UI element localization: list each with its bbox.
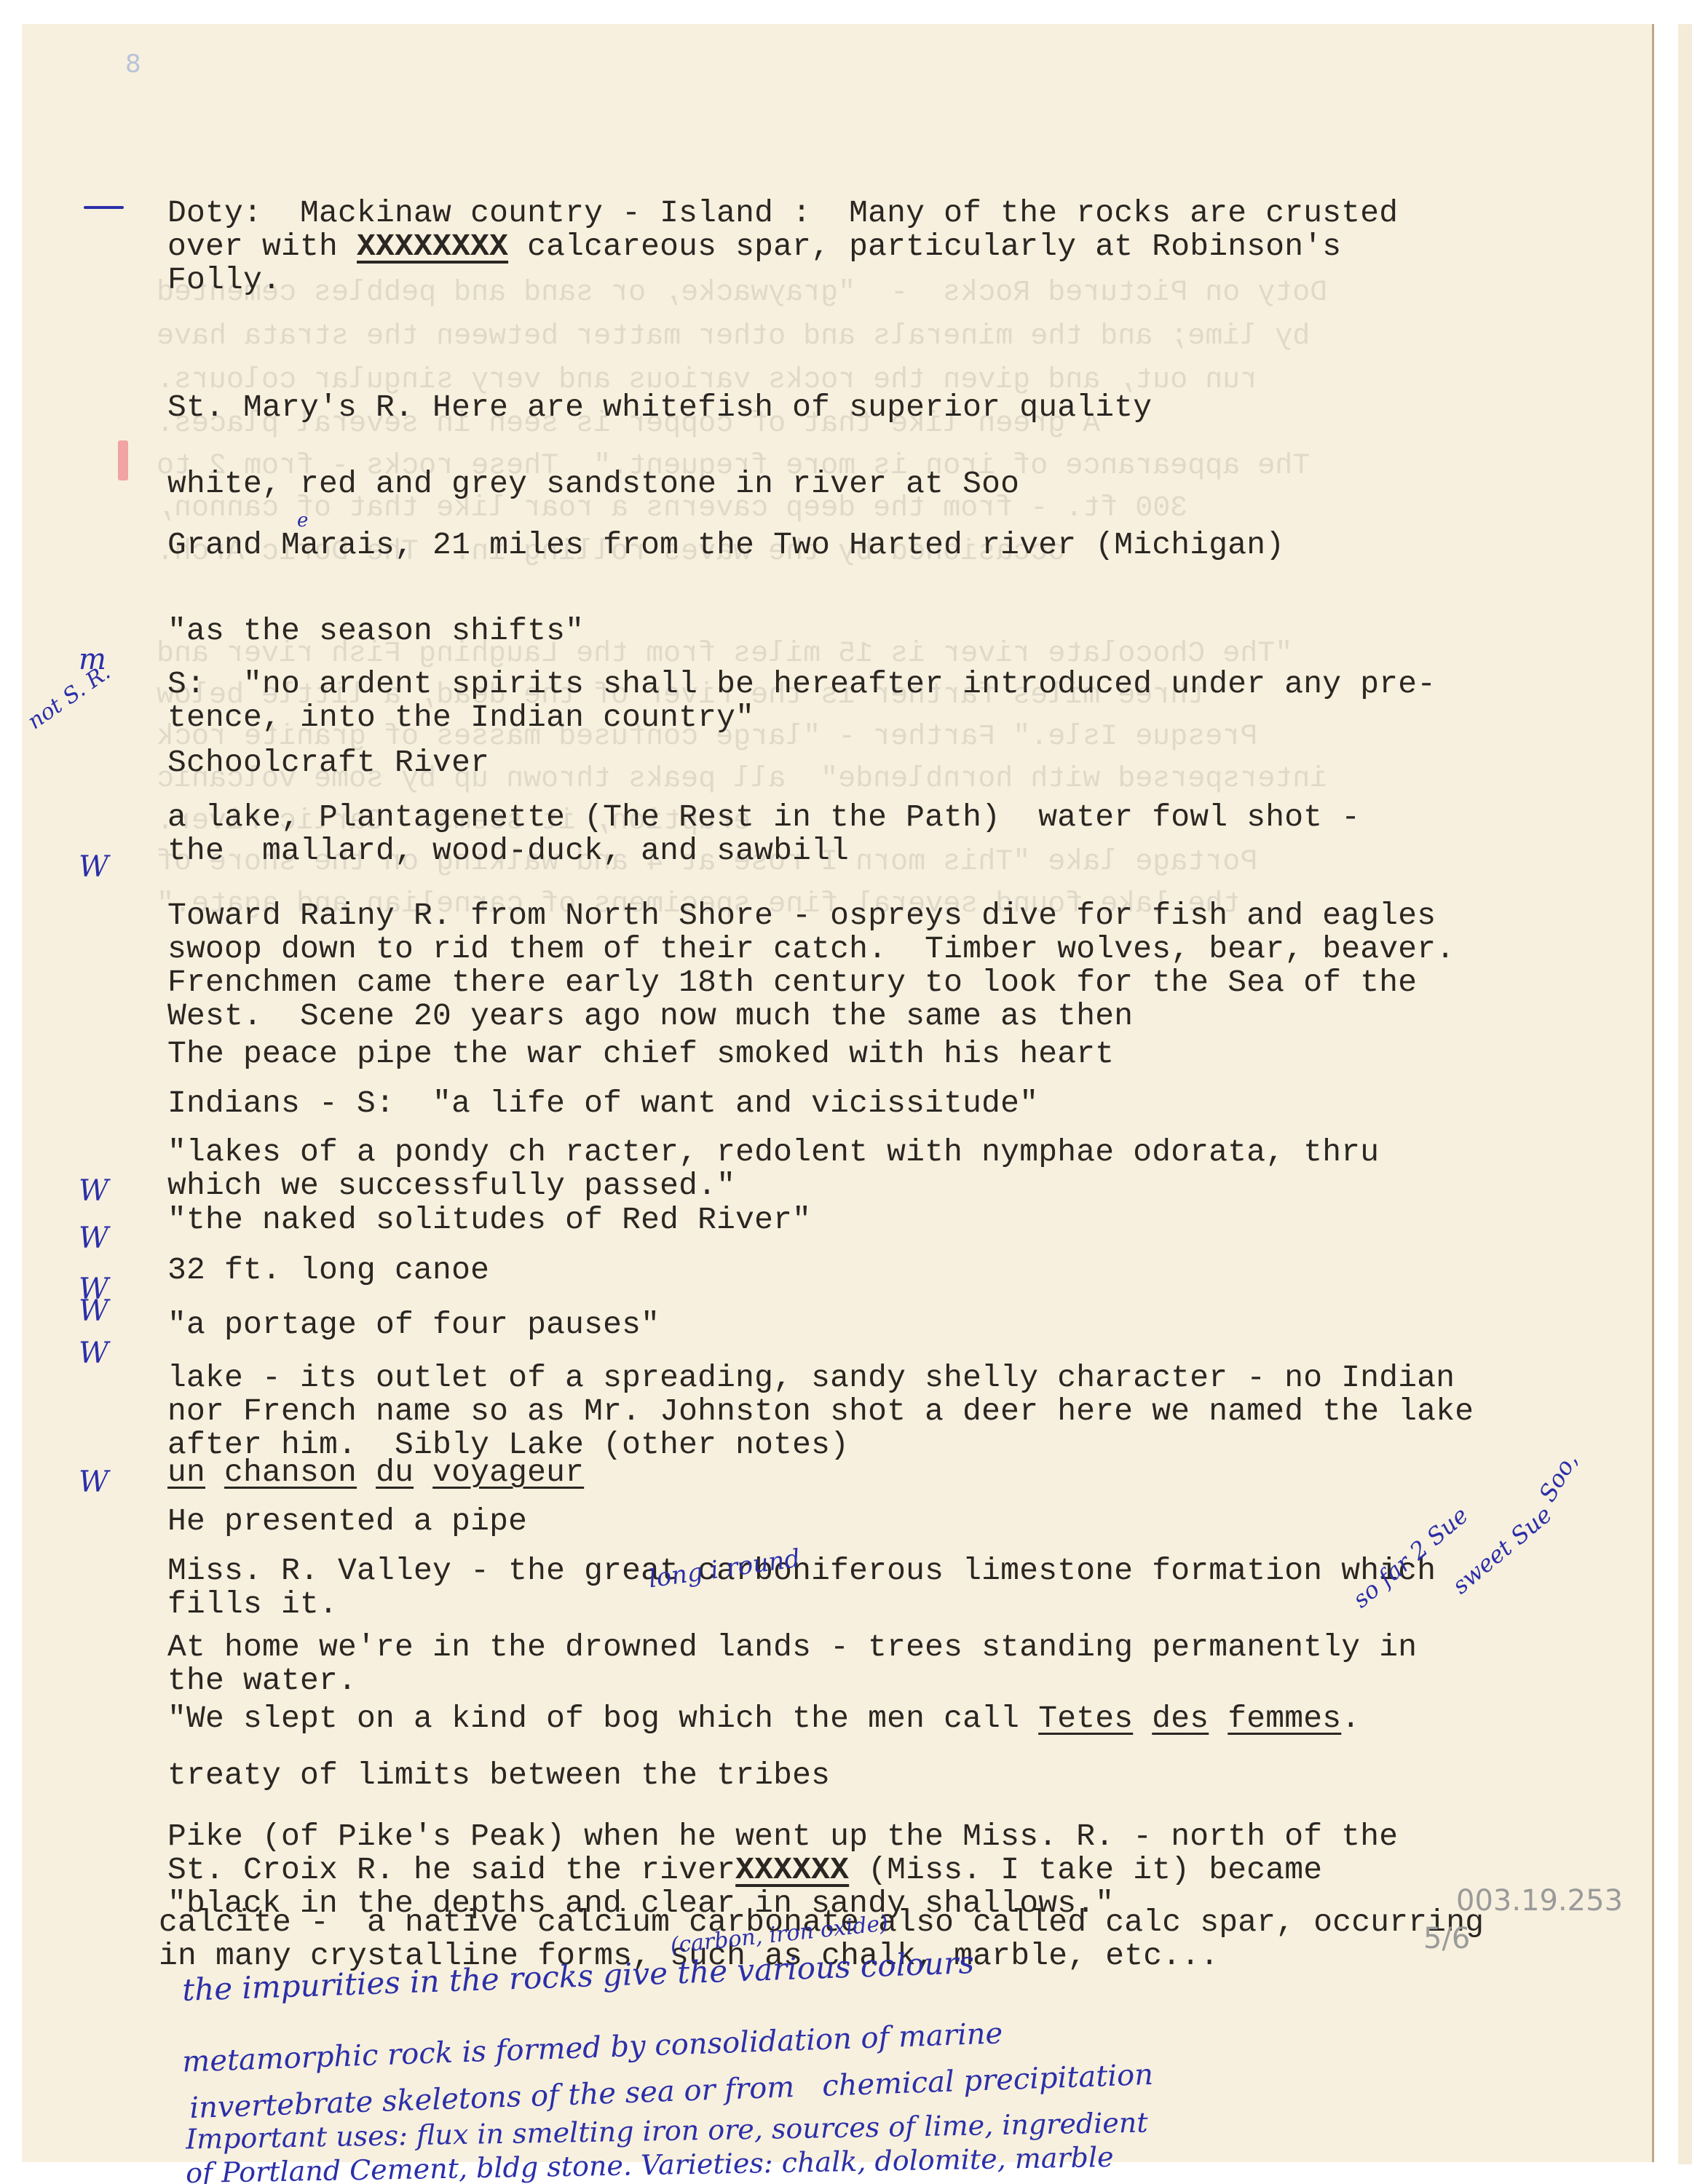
text-segment: St. Croix R. he said the river: [167, 1852, 735, 1888]
text-segment: calcareous spar, particularly at Robinso…: [508, 229, 1341, 264]
typed-line: West. Scene 20 years ago now much the sa…: [167, 1000, 1133, 1033]
adjacent-page-edge: [1678, 24, 1692, 2164]
underlined-word: Tetes: [1038, 1701, 1133, 1736]
underlined-word: des: [1152, 1701, 1209, 1736]
typed-line: S: "no ardent spirits shall be hereafter…: [167, 668, 1436, 701]
typed-line: "We slept on a kind of bog which the men…: [167, 1702, 1360, 1736]
faint-page-number: 8: [125, 50, 141, 79]
typed-line: Pike (of Pike's Peak) when he went up th…: [167, 1820, 1398, 1853]
underlined-word: du: [376, 1455, 414, 1490]
typed-line: Schoolcraft River: [167, 746, 489, 780]
underlined-word: femmes: [1228, 1701, 1341, 1736]
typed-line: 32 ft. long canoe: [167, 1254, 489, 1287]
typed-line: Indians - S: "a life of want and vicissi…: [167, 1087, 1038, 1120]
text-segment: [357, 1455, 376, 1490]
typed-line: which we successfully passed.": [167, 1169, 735, 1203]
typed-line: Frenchmen came there early 18th century …: [167, 966, 1417, 1000]
typed-line: nor French name so as Mr. Johnston shot …: [167, 1395, 1474, 1428]
margin-check-mark: W: [79, 1222, 108, 1255]
typed-line: swoop down to rid them of their catch. T…: [167, 933, 1455, 966]
typed-line: "the naked solitudes of Red River": [167, 1203, 811, 1237]
typed-line: un chanson du voyageur: [167, 1456, 584, 1489]
text-segment: "We slept on a kind of bog which the men…: [167, 1701, 1038, 1736]
typed-line: At home we're in the drowned lands - tre…: [167, 1631, 1417, 1664]
margin-check-mark: W: [79, 1337, 108, 1370]
text-segment: [1209, 1701, 1228, 1736]
typed-line: "a portage of four pauses": [167, 1308, 660, 1342]
text-segment: .: [1341, 1701, 1360, 1736]
text-segment: over with: [167, 229, 357, 264]
struck-out-text: XXXXXX: [735, 1852, 849, 1888]
underlined-word: voyageur: [432, 1455, 584, 1490]
margin-check-mark: W: [79, 1294, 108, 1328]
red-pencil-mark: [118, 440, 128, 480]
typed-line: Doty: Mackinaw country - Island : Many o…: [167, 197, 1398, 230]
bleed-through-line: Doty on Pictured Rocks - "graywacke, or …: [157, 277, 1327, 310]
text-segment: [205, 1455, 224, 1490]
typed-line: "lakes of a pondy ch racter, redolent wi…: [167, 1136, 1379, 1169]
typed-line: Grand Marais, 21 miles from the Two Hart…: [167, 529, 1284, 562]
typed-line: He presented a pipe: [167, 1505, 527, 1538]
typed-line: St. Mary's R. Here are whitefish of supe…: [167, 391, 1152, 424]
typed-line: fills it.: [167, 1588, 338, 1621]
typed-line: a lake, Plantagenette (The Rest in the P…: [167, 801, 1360, 834]
margin-check-mark: W: [79, 850, 108, 884]
typed-line: white, red and grey sandstone in river a…: [167, 467, 1019, 501]
text-segment: [1133, 1701, 1152, 1736]
margin-check-mark: W: [79, 1174, 108, 1208]
underlined-word: un: [167, 1455, 205, 1490]
text-segment: (Miss. I take it) became: [849, 1852, 1322, 1888]
typed-line: tence, into the Indian country": [167, 701, 754, 735]
struck-out-text: XXXXXXXX: [357, 229, 508, 264]
bleed-through-line: by lime; and the minerals and other matt…: [157, 320, 1310, 354]
text-segment: [414, 1455, 432, 1490]
typed-line: treaty of limits between the tribes: [167, 1759, 830, 1792]
catalog-number: 003.19.253: [1456, 1884, 1623, 1918]
typed-line: the mallard, wood-duck, and sawbill: [167, 834, 849, 868]
harted-correction: e: [297, 510, 308, 531]
typed-line: the water.: [167, 1664, 357, 1698]
typed-line: lake - its outlet of a spreading, sandy …: [167, 1361, 1455, 1395]
underlined-word: chanson: [224, 1455, 357, 1490]
typed-line: The peace pipe the war chief smoked with…: [167, 1037, 1114, 1071]
margin-dash-mark: [84, 206, 124, 209]
typed-line: Toward Rainy R. from North Shore - ospre…: [167, 899, 1436, 933]
typed-line: St. Croix R. he said the riverXXXXXX (Mi…: [167, 1853, 1322, 1887]
typed-line: "as the season shifts": [167, 614, 584, 648]
margin-check-mark: W: [79, 1465, 108, 1499]
typed-line: over with XXXXXXXX calcareous spar, part…: [167, 230, 1341, 264]
typed-line: Folly.: [167, 264, 281, 297]
sheet-number: 5/6: [1423, 1922, 1470, 1955]
